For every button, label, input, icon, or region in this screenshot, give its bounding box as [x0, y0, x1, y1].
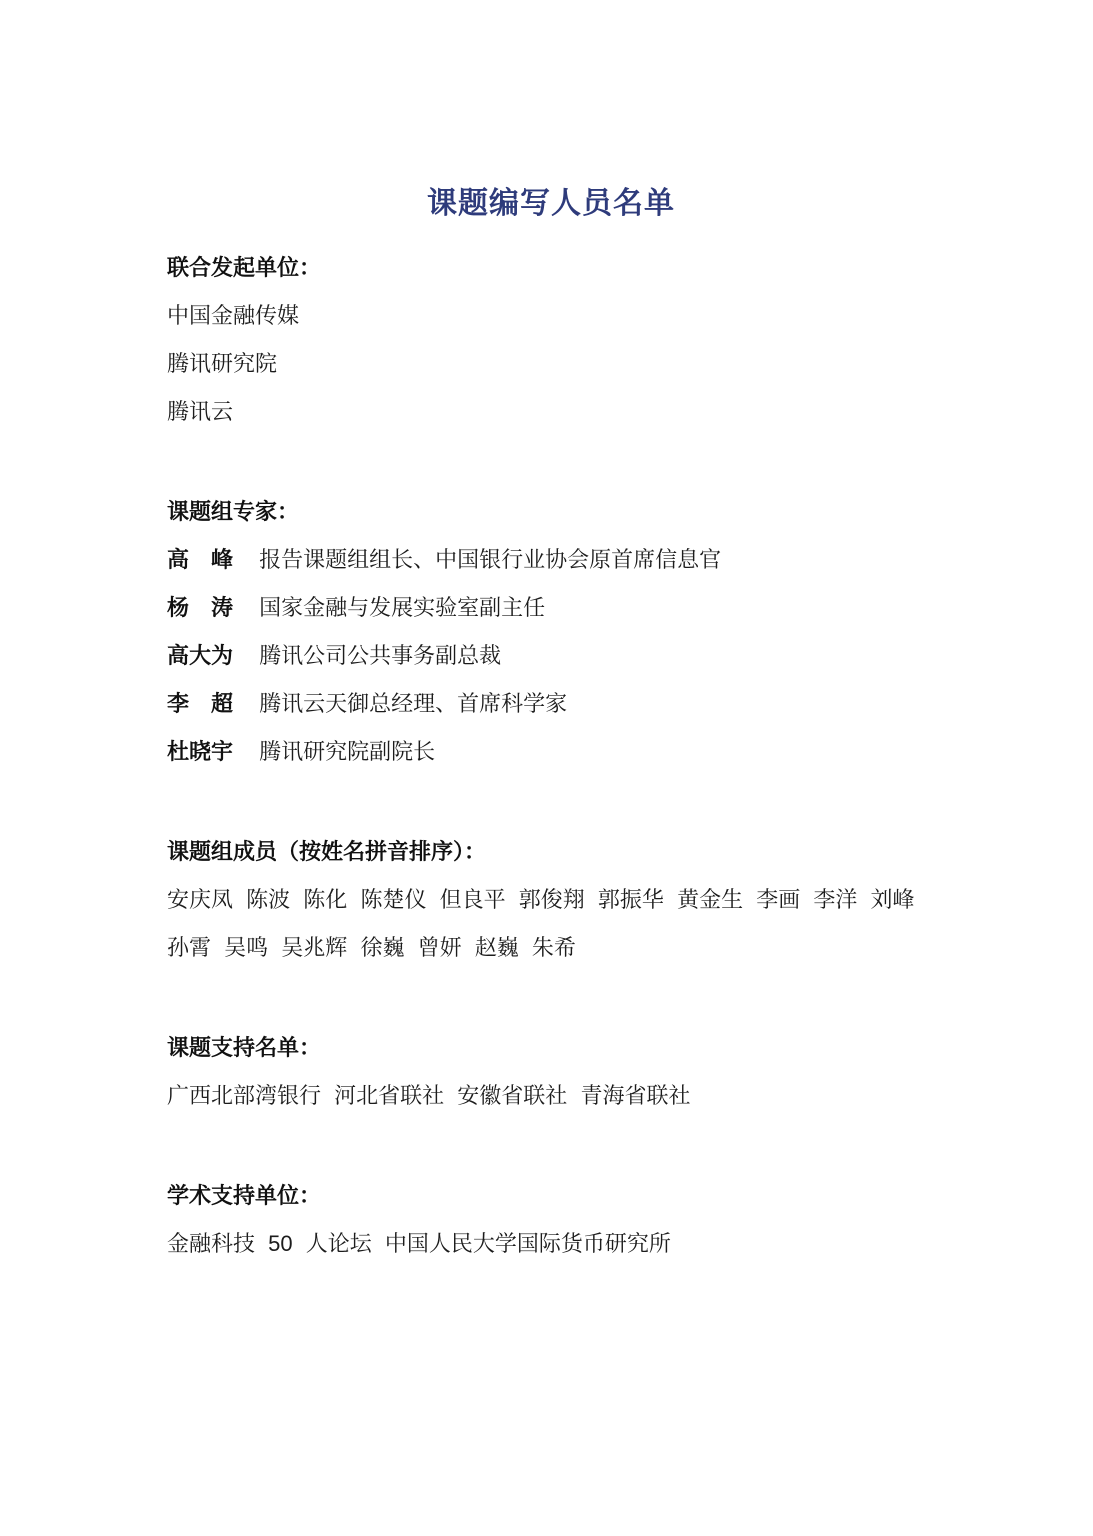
- expert-row: 杜晓宇 腾讯研究院副院长: [167, 728, 935, 776]
- initiator-item: 中国金融传媒: [167, 292, 935, 340]
- members-heading: 课题组成员（按姓名拼音排序）：: [167, 828, 935, 876]
- expert-title: 报告课题组组长、中国银行业协会原首席信息官: [259, 536, 721, 584]
- expert-title: 腾讯研究院副院长: [259, 728, 435, 776]
- expert-title: 国家金融与发展实验室副主任: [259, 584, 545, 632]
- initiators-heading: 联合发起单位：: [167, 244, 935, 292]
- document-page: 课题编写人员名单 联合发起单位： 中国金融传媒 腾讯研究院 腾讯云 课题组专家：…: [0, 0, 1093, 1536]
- expert-name: 李 超: [167, 680, 233, 728]
- page-content: 课题编写人员名单 联合发起单位： 中国金融传媒 腾讯研究院 腾讯云 课题组专家：…: [0, 0, 1093, 1268]
- expert-title: 腾讯云天御总经理、首席科学家: [259, 680, 567, 728]
- expert-row: 李 超 腾讯云天御总经理、首席科学家: [167, 680, 935, 728]
- expert-name: 杨 涛: [167, 584, 233, 632]
- members-line: 孙霄 吴鸣 吴兆辉 徐巍 曾妍 赵巍 朱希: [167, 924, 935, 972]
- section-initiators: 联合发起单位： 中国金融传媒 腾讯研究院 腾讯云: [167, 244, 935, 436]
- expert-row: 高大为 腾讯公司公共事务副总裁: [167, 632, 935, 680]
- section-academic: 学术支持单位： 金融科技 50 人论坛 中国人民大学国际货币研究所: [167, 1172, 935, 1268]
- initiator-item: 腾讯研究院: [167, 340, 935, 388]
- initiator-item: 腾讯云: [167, 388, 935, 436]
- section-experts: 课题组专家： 高 峰 报告课题组组长、中国银行业协会原首席信息官 杨 涛 国家金…: [167, 488, 935, 776]
- expert-name: 高 峰: [167, 536, 233, 584]
- academic-line: 金融科技 50 人论坛 中国人民大学国际货币研究所: [167, 1220, 935, 1268]
- section-members: 课题组成员（按姓名拼音排序）： 安庆凤 陈波 陈化 陈楚仪 但良平 郭俊翔 郭振…: [167, 828, 935, 972]
- academic-heading: 学术支持单位：: [167, 1172, 935, 1220]
- section-support: 课题支持名单： 广西北部湾银行 河北省联社 安徽省联社 青海省联社: [167, 1024, 935, 1120]
- page-title: 课题编写人员名单: [167, 180, 935, 228]
- support-heading: 课题支持名单：: [167, 1024, 935, 1072]
- expert-name: 杜晓宇: [167, 728, 233, 776]
- expert-row: 高 峰 报告课题组组长、中国银行业协会原首席信息官: [167, 536, 935, 584]
- support-line: 广西北部湾银行 河北省联社 安徽省联社 青海省联社: [167, 1072, 935, 1120]
- members-line: 安庆凤 陈波 陈化 陈楚仪 但良平 郭俊翔 郭振华 黄金生 李画 李洋 刘峰: [167, 876, 935, 924]
- experts-heading: 课题组专家：: [167, 488, 935, 536]
- expert-row: 杨 涛 国家金融与发展实验室副主任: [167, 584, 935, 632]
- expert-title: 腾讯公司公共事务副总裁: [259, 632, 501, 680]
- expert-name: 高大为: [167, 632, 233, 680]
